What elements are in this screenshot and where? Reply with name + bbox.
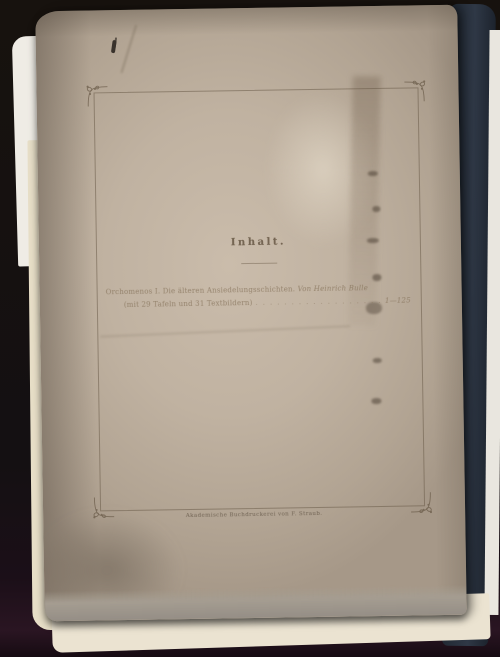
book-cover: Inhalt. Orchomenos I. Die älteren Ansied…	[35, 5, 467, 622]
toc-entry-detail: (mit 29 Tafeln und 31 Textbildern)	[124, 297, 253, 312]
toc-entry-author: Von Heinrich Bulle	[298, 284, 369, 293]
stain	[35, 509, 183, 621]
book-photo: Inhalt. Orchomenos I. Die älteren Ansied…	[0, 0, 500, 657]
pencil-mark	[111, 40, 117, 53]
page-title: Inhalt.	[97, 234, 420, 250]
toc-entry-pages: 1—125	[385, 294, 411, 307]
dot-leader: ...........................	[255, 295, 382, 310]
corner-flourish-icon	[403, 78, 427, 102]
ornamental-frame: Inhalt. Orchomenos I. Die älteren Ansied…	[94, 87, 426, 511]
cover-shading-top	[35, 5, 457, 38]
corner-flourish-icon	[84, 83, 108, 107]
crease-line	[121, 25, 137, 73]
title-divider	[241, 263, 277, 265]
table-of-contents: Orchomenos I. Die älteren Ansiedelungssc…	[106, 281, 411, 312]
toc-entry-title: Orchomenos I. Die älteren Ansiedelungssc…	[106, 285, 296, 296]
